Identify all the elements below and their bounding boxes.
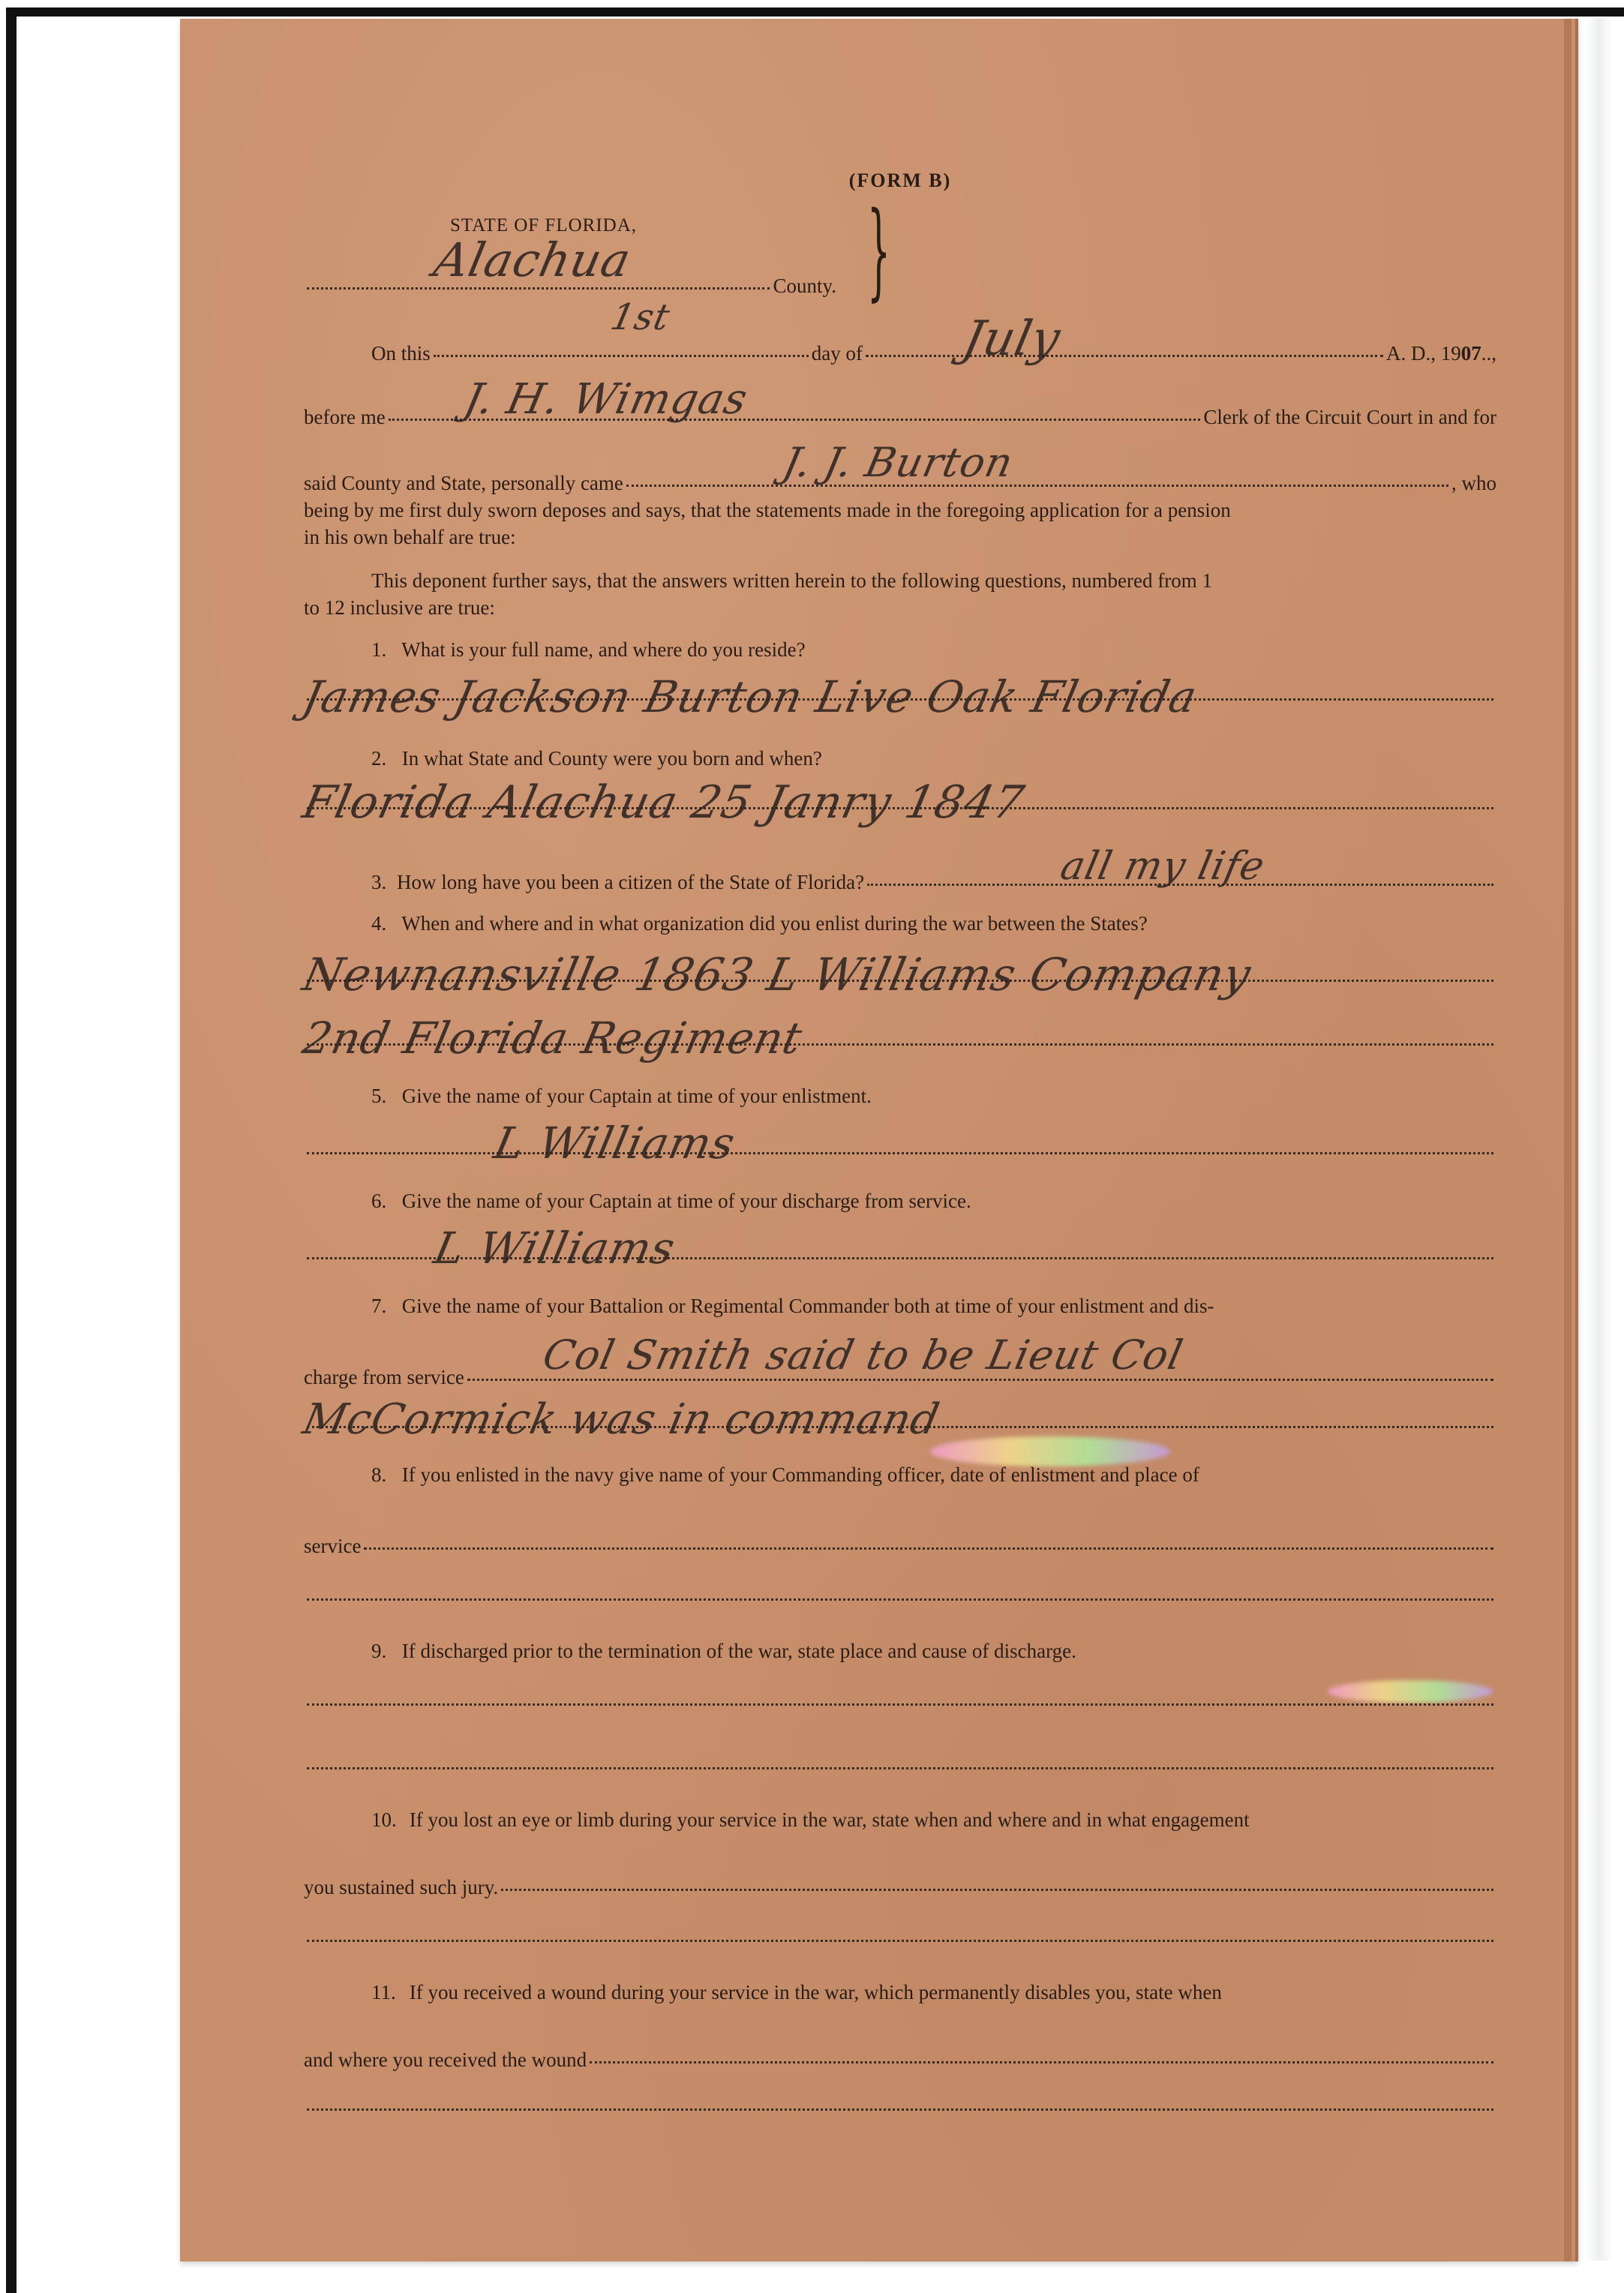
paper-edge bbox=[1564, 19, 1571, 2261]
brace-symbol: } bbox=[867, 199, 890, 304]
sworn-line: being by me first duly sworn deposes and… bbox=[304, 498, 1496, 522]
year-handwritten: 07 bbox=[1461, 341, 1481, 365]
month-blank[interactable] bbox=[866, 355, 1383, 357]
question-11-continuation: and where you received the wound bbox=[304, 2048, 1496, 2072]
glare-reflection bbox=[1328, 1680, 1493, 1703]
answer-1-handwritten: James Jackson Burton Live Oak Florida bbox=[299, 671, 1202, 722]
answer-7-handwritten-2: McCormick was in command bbox=[299, 1395, 944, 1444]
answer-11-line-2 bbox=[304, 2111, 1496, 2114]
county-suffix: County. bbox=[773, 274, 836, 298]
answer-9-line-1 bbox=[304, 1706, 1496, 1709]
question-3: 3. How long have you been a citizen of t… bbox=[371, 870, 1496, 894]
day-blank[interactable] bbox=[434, 355, 809, 357]
day-of-label: day of bbox=[812, 341, 863, 365]
applicant-blank[interactable] bbox=[626, 485, 1448, 487]
answer-11-blank-2[interactable] bbox=[307, 2108, 1493, 2111]
further-line: This deponent further says, that the ans… bbox=[371, 569, 1496, 593]
answer-3-handwritten: all my life bbox=[1057, 844, 1269, 889]
question-5: 5. Give the name of your Captain at time… bbox=[371, 1084, 1564, 1108]
answer-11-blank-1[interactable] bbox=[590, 2061, 1493, 2063]
clerk-title: Clerk of the Circuit Court in and for bbox=[1203, 405, 1496, 429]
before-me-label: before me bbox=[304, 405, 386, 429]
answer-6-handwritten: L Williams bbox=[430, 1223, 680, 1274]
question-6: 6. Give the name of your Captain at time… bbox=[371, 1189, 1564, 1213]
date-trailing: .., bbox=[1481, 341, 1496, 365]
answer-8-blank-1[interactable] bbox=[364, 1547, 1493, 1550]
scanner-frame-left bbox=[6, 8, 17, 2293]
glare-reflection bbox=[930, 1436, 1170, 1466]
scanner-frame-top bbox=[6, 8, 1624, 17]
answer-10-blank-2[interactable] bbox=[307, 1940, 1493, 1942]
question-9: 9. If discharged prior to the terminatio… bbox=[371, 1639, 1564, 1663]
county-handwritten: Alachua bbox=[429, 233, 636, 287]
answer-9-blank-2[interactable] bbox=[307, 1767, 1493, 1769]
answer-10-blank-1[interactable] bbox=[501, 1889, 1493, 1891]
question-4: 4. When and where and in what organizati… bbox=[371, 911, 1564, 935]
who-label: , who bbox=[1451, 471, 1496, 495]
question-2: 2. In what State and County were you bor… bbox=[371, 746, 1564, 770]
applicant-handwritten: J. J. Burton bbox=[779, 439, 1017, 486]
answer-2-handwritten: Florida Alachua 25 Janry 1847 bbox=[299, 776, 1029, 829]
clerk-handwritten: J. H. Wimgas bbox=[460, 375, 752, 424]
answer-4-handwritten-2: 2nd Florida Regiment bbox=[299, 1013, 807, 1064]
county-blank[interactable] bbox=[307, 287, 770, 290]
behalf-line: in his own behalf are true: bbox=[304, 525, 1496, 549]
personally-came-label: said County and State, personally came bbox=[304, 471, 623, 495]
answer-4-handwritten-1: Newnansville 1863 L Williams Company bbox=[299, 949, 1256, 1001]
inclusive-line: to 12 inclusive are true: bbox=[304, 596, 1496, 620]
question-10-continuation: you sustained such jury. bbox=[304, 1875, 1496, 1899]
question-10: 10. If you lost an eye or limb during yo… bbox=[371, 1808, 1496, 1832]
answer-5-line bbox=[304, 1155, 1496, 1157]
answer-5-handwritten: L Williams bbox=[490, 1118, 740, 1169]
day-handwritten: 1st bbox=[607, 296, 674, 338]
answer-5-blank[interactable] bbox=[307, 1152, 1493, 1154]
question-11: 11. If you received a wound during your … bbox=[371, 1980, 1496, 2004]
question-8: 8. If you enlisted in the navy give name… bbox=[371, 1463, 1496, 1487]
answer-7-blank-1[interactable] bbox=[467, 1379, 1493, 1381]
answer-10-line-2 bbox=[304, 1943, 1496, 1945]
answer-8-line-2 bbox=[304, 1601, 1496, 1604]
question-7: 7. Give the name of your Battalion or Re… bbox=[371, 1294, 1496, 1318]
month-handwritten: July bbox=[958, 311, 1065, 367]
form-label: (FORM B) bbox=[304, 169, 1496, 193]
on-this-label: On this bbox=[371, 341, 431, 365]
answer-9-blank-1[interactable] bbox=[307, 1703, 1493, 1706]
date-line: On this day of A. D., 19 07 .., bbox=[304, 341, 1496, 365]
answer-7-handwritten-1: Col Smith said to be Lieut Col bbox=[539, 1331, 1187, 1379]
answer-9-line-2 bbox=[304, 1770, 1496, 1772]
ad-label: A. D., 19 bbox=[1386, 341, 1461, 365]
question-8-continuation: service bbox=[304, 1534, 1496, 1558]
answer-8-blank-2[interactable] bbox=[307, 1598, 1493, 1601]
question-1: 1. What is your full name, and where do … bbox=[371, 638, 1564, 662]
